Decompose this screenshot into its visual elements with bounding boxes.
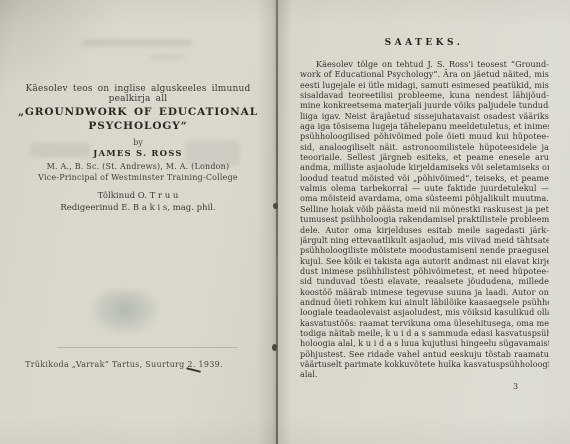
body-text-line: psühholoogilised põhivõimed pole õieti m… [300,131,549,141]
body-text-line: holoogia alal, k u i d a s luua kujutlus… [300,338,549,348]
translator-line: Tõlkinud O. T r u u [14,191,262,201]
body-text-line: valmis olema tarbekorral — uute faktide … [300,183,549,193]
book-title-line2: PSYCHOLOGY“ [14,120,262,132]
body-text-line: oma mõisteid avardama, oma süsteemi põhj… [300,193,549,203]
gutter-shadow [257,0,276,444]
author-credentials: M. A., B. Sc. (St. Andrews), M. A. (Lond… [14,162,262,171]
body-text-line: väärtuselt parimate kokkuvõtete hulka ka… [300,359,549,369]
body-text-line: andma, milliste asjaolude kirjeldamiseks… [300,162,549,172]
body-text-line: kujul. See kõik ei takista aga autorit a… [300,256,549,266]
body-text-line: Selline hoiak võib päästa meid nii mõnes… [300,204,549,214]
body-text-line: dust inimese psühhilistest põhivõimetest… [300,266,549,276]
body-text-line: sid, analoogiliselt näit. astronoomilist… [300,142,549,152]
left-page: Käesolev teos on inglise alguskeeles ilm… [0,0,277,444]
body-text-line: teooriaile. Sellest järgneb esiteks, et … [300,152,549,162]
gutter-speck [273,203,278,209]
body-text-line: tumusest psühholoogia rakendamisel prakt… [300,214,549,224]
printer-imprint: Trükikoda „Varrak“ Tartus, Suurturg 2. 1… [4,360,244,369]
author-name: JAMES S. ROSS [14,149,262,159]
author-position: Vice-Principal of Westminster Training-C… [14,173,262,182]
showthrough-ghost-text [150,55,184,59]
body-text-line: sisaldavad teoreetilisi probleeme, kuna … [300,90,549,100]
body-text-line: alal. [300,369,549,379]
editor-line: Redigeerinud E. B a k i s, mag. phil. [14,203,262,213]
right-page: SAATEKS. Käesolev tõlge on tehtud J. S. … [277,0,570,444]
preface-body: Käesolev tõlge on tehtud J. S. Ross'i te… [300,59,549,380]
by-label: by [14,138,262,147]
body-text-line: koostöö määrab inimese tegevuse suuna ja… [300,287,549,297]
body-text-line: põhjustest. See ridade vahel antud eesku… [300,349,549,359]
body-text-line: todiga näitab meile, k u i d a s sammuda… [300,328,549,338]
faded-library-stamp [92,290,158,334]
body-text-line: dele. Autor oma kirjelduses esitab meile… [300,225,549,235]
body-text-line: loogiale teadaolevaist asjaoludest, mis … [300,307,549,317]
body-text-line: psühholoogiliste mõistete moodustamiseni… [300,245,549,255]
body-text-line: work of Educational Psychology”. Ära on … [300,69,549,79]
faint-rule [57,347,237,348]
gutter-shadow [278,0,292,444]
body-text-line: andnud õieti rohkem kui ainult läbilõike… [300,297,549,307]
page-number: 3 [513,382,533,391]
gutter-speck [272,344,277,351]
body-text-line: Käesolev tõlge on tehtud J. S. Ross'i te… [300,59,549,69]
body-text-line: mine konkreetsema materjali juurde võiks… [300,100,549,110]
original-title-note: Käesolev teos on inglise alguskeeles ilm… [14,84,262,104]
showthrough-ghost-text [82,40,192,46]
body-text-line: kasvatustöös: raamat tervikuna oma ülese… [300,318,549,328]
body-text-line: liiga igav. Neist ärajäetud sissejuhatav… [300,111,549,121]
body-text-line: aga iga tõsisema lugeja tähelepanu meeld… [300,121,549,131]
preface-heading: SAATEKS. [300,38,548,48]
book-title-line1: „GROUNDWORK OF EDUCATIONAL [14,106,262,118]
body-text-line: eesti lugejale ei ütle midagi, samuti es… [300,80,549,90]
body-text-line: loodud teatud mõisted või „põhivõimed“, … [300,173,549,183]
body-text-line: järgult ning ettevaatlikult asjaolud, mi… [300,235,549,245]
body-text-line: sid tunduvad tõesti elavate, reaalsete j… [300,276,549,286]
